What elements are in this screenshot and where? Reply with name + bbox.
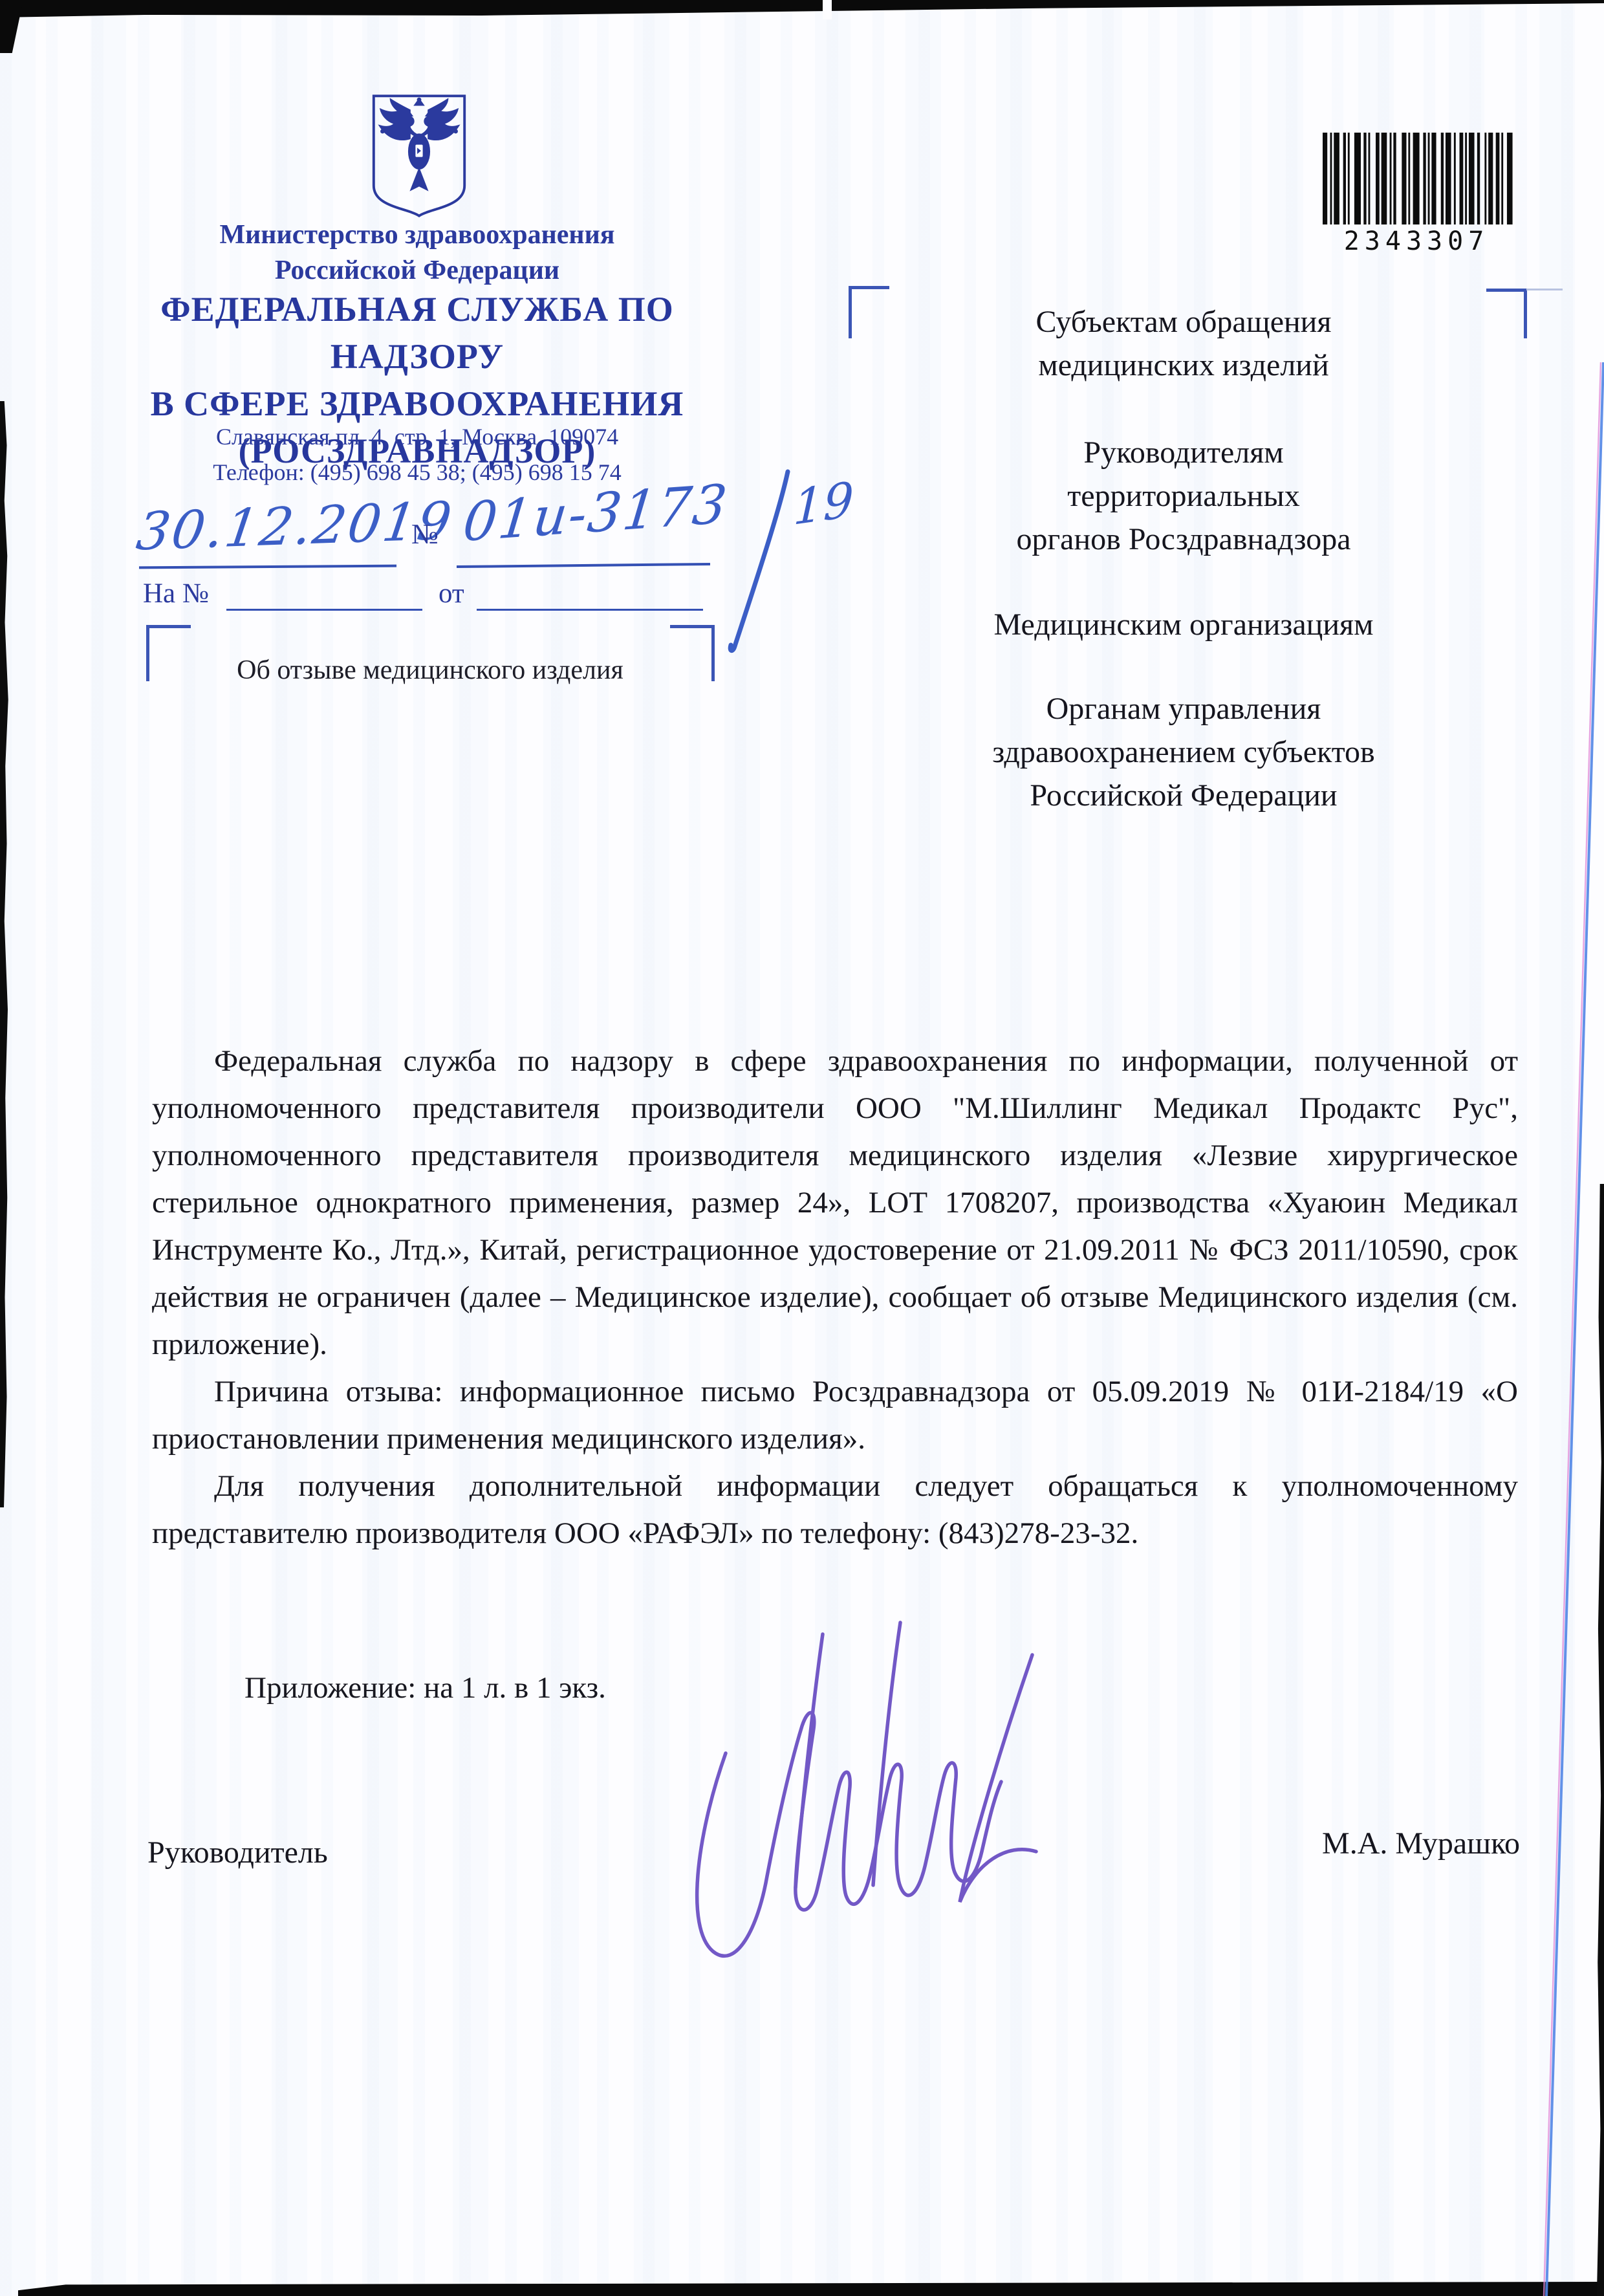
date-underline: [139, 565, 396, 569]
addressee-bracket-extension: [1526, 289, 1563, 290]
addressee-block-4: Органам управления здравоохранением субъ…: [841, 687, 1526, 817]
scan-artifact-top-notch: [823, 0, 832, 19]
ministry-line-2: Российской Федерации: [133, 253, 702, 289]
signer-name: М.А. Мурашко: [1268, 1826, 1520, 1861]
addressee-block-1: Субъектам обращения медицинских изделий: [841, 300, 1526, 387]
number-underline: [457, 563, 710, 568]
body-paragraph-1: Федеральная служба по надзору в сфере зд…: [152, 1038, 1518, 1368]
addressee-line: Субъектам обращения: [841, 300, 1526, 344]
postal-address: Славянская пл. 4, стр. 1, Москва, 109074: [133, 419, 702, 455]
addressee-line: органов Росздравнадзора: [841, 518, 1526, 561]
body-paragraph-3: Для получения дополнительной информации …: [152, 1463, 1518, 1557]
body-paragraph-2: Причина отзыва: информационное письмо Ро…: [152, 1368, 1518, 1463]
barcode-number: 2343307: [1319, 226, 1513, 256]
registration-barcode: [1323, 133, 1513, 224]
addressee-block-3: Медицинским организациям: [841, 603, 1526, 646]
scan-artifact-top-edge: [0, 0, 1604, 19]
addressee-line: Медицинским организациям: [841, 603, 1526, 646]
service-line-1: ФЕДЕРАЛЬНАЯ СЛУЖБА ПО НАДЗОРУ: [133, 286, 702, 380]
addressee-line: Российской Федерации: [841, 774, 1526, 817]
addressee-block-2: Руководителям территориальных органов Ро…: [841, 431, 1526, 561]
ministry-name: Министерство здравоохранения Российской …: [133, 217, 702, 289]
scan-artifact-right-edge: [1595, 1184, 1604, 2296]
reply-from-label: от: [439, 578, 464, 609]
reply-to-number-label: На №: [143, 578, 209, 609]
handwritten-signature: [653, 1614, 1080, 2002]
addressee-line: здравоохранением субъектов: [841, 730, 1526, 774]
attachment-note: Приложение: на 1 л. в 1 экз.: [244, 1670, 606, 1705]
reply-number-blank: [226, 609, 422, 611]
letter-body: Федеральная служба по надзору в сфере зд…: [152, 1038, 1518, 1557]
subject-line: Об отзыве медицинского изделия: [149, 655, 711, 686]
scan-artifact-top-left-corner: [0, 0, 23, 53]
addressee-line: медицинских изделий: [841, 344, 1526, 387]
handwritten-slash: [711, 463, 808, 663]
coat-of-arms-icon: [369, 92, 470, 219]
addressee-line: территориальных: [841, 474, 1526, 518]
signer-position: Руководитель: [147, 1835, 328, 1870]
addressee-line: Руководителям: [841, 431, 1526, 474]
ministry-line-1: Министерство здравоохранения: [133, 217, 702, 253]
contact-block: Славянская пл. 4, стр. 1, Москва, 109074…: [133, 419, 702, 490]
handwritten-date: 30.12.2019: [133, 492, 413, 562]
number-sign-label: №: [411, 518, 439, 551]
scan-artifact-bottom-edge: [18, 2282, 1604, 2296]
addressee-line: Органам управления: [841, 687, 1526, 730]
reply-date-blank: [477, 609, 703, 611]
scan-artifact-left-edge: [0, 401, 10, 1507]
scanned-letter-page: Министерство здравоохранения Российской …: [0, 0, 1604, 2296]
